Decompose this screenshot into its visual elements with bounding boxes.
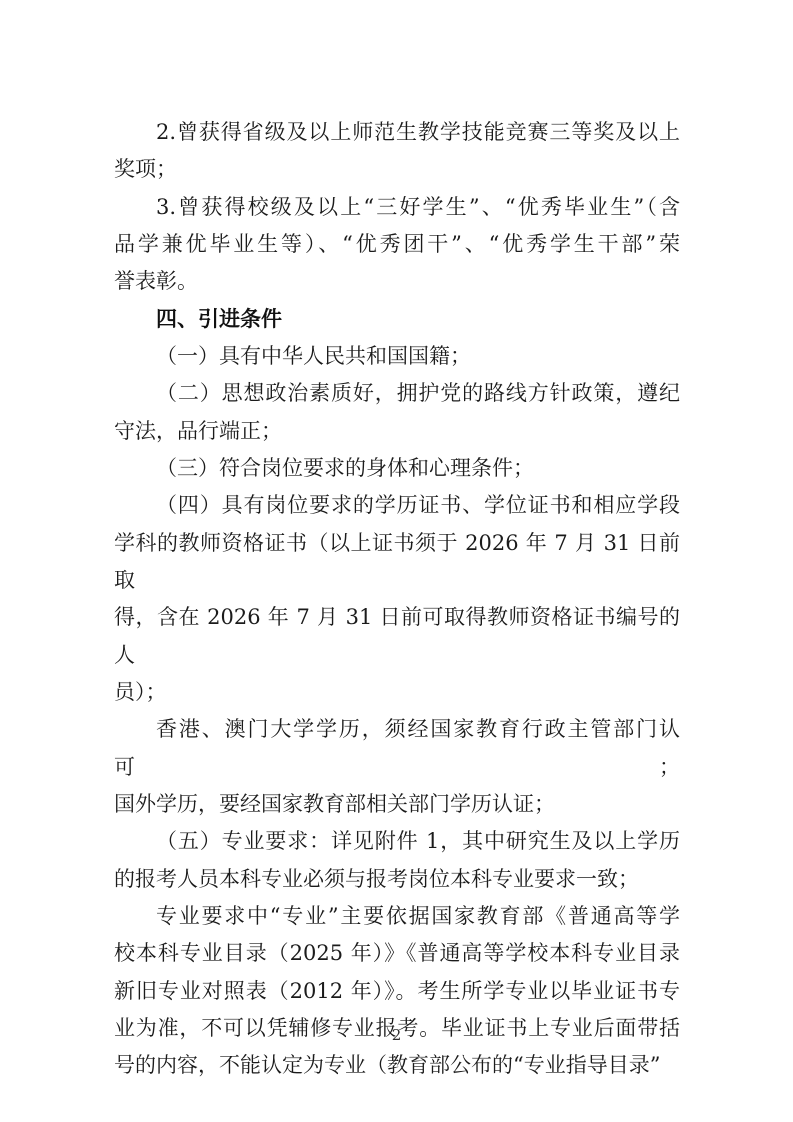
award-item-2-line-1: 2.曾获得省级及以上师范生教学技能竞赛三等奖及以上 [114,114,680,151]
section-heading-recruit-conditions-line-1: 四、引进条件 [114,301,680,338]
hk-macau-foreign-degree-note-line-2: 国外学历，要经国家教育部相关部门学历认证； [114,786,680,823]
condition-2: （二）思想政治素质好，拥护党的路线方针政策，遵纪守法，品行端正； [114,375,680,450]
condition-5-line-1: （五）专业要求：详见附件 1，其中研究生及以上学历 [114,823,680,860]
major-requirement-note: 专业要求中“专业”主要依据国家教育部《普通高等学校本科专业目录（2025 年）》… [114,898,680,1085]
condition-1: （一）具有中华人民共和国国籍； [114,338,680,375]
condition-3: （三）符合岗位要求的身体和心理条件； [114,450,680,487]
condition-2-line-2: 守法，品行端正； [114,413,680,450]
document-body: 2.曾获得省级及以上师范生教学技能竞赛三等奖及以上奖项；3.曾获得校级及以上“三… [114,114,680,1085]
major-requirement-note-line-1: 专业要求中“专业”主要依据国家教育部《普通高等学 [114,898,680,935]
section-heading-recruit-conditions: 四、引进条件 [114,301,680,338]
condition-5-line-2: 的报考人员本科专业必须与报考岗位本科专业要求一致； [114,861,680,898]
condition-4: （四）具有岗位要求的学历证书、学位证书和相应学段学科的教师资格证书（以上证书须于… [114,487,680,711]
condition-4-line-4: 员）； [114,674,680,711]
major-requirement-note-line-5: 号的内容，不能认定为专业（教育部公布的“专业指导目录” [114,1047,680,1084]
condition-1-line-1: （一）具有中华人民共和国国籍； [114,338,680,375]
major-requirement-note-line-2: 校本科专业目录（2025 年）》《普通高等学校本科专业目录 [114,935,680,972]
page-number: 2 [0,1024,793,1046]
condition-2-line-1: （二）思想政治素质好，拥护党的路线方针政策，遵纪 [114,375,680,412]
condition-4-line-3: 得，含在 2026 年 7 月 31 日前可取得教师资格证书编号的人 [114,599,680,674]
award-item-3-line-2: 品学兼优毕业生等）、“优秀团干”、“优秀学生干部”荣 [114,226,680,263]
condition-4-line-1: （四）具有岗位要求的学历证书、学位证书和相应学段 [114,487,680,524]
hk-macau-foreign-degree-note-line-1: 香港、澳门大学学历，须经国家教育行政主管部门认可； [114,711,680,786]
award-item-2-line-2: 奖项； [114,151,680,188]
condition-3-line-1: （三）符合岗位要求的身体和心理条件； [114,450,680,487]
condition-5: （五）专业要求：详见附件 1，其中研究生及以上学历的报考人员本科专业必须与报考岗… [114,823,680,898]
condition-4-line-2: 学科的教师资格证书（以上证书须于 2026 年 7 月 31 日前取 [114,525,680,600]
award-item-3: 3.曾获得校级及以上“三好学生”、“优秀毕业生”（含品学兼优毕业生等）、“优秀团… [114,189,680,301]
document-page: 2.曾获得省级及以上师范生教学技能竞赛三等奖及以上奖项；3.曾获得校级及以上“三… [0,0,793,1122]
award-item-3-line-3: 誉表彰。 [114,263,680,300]
award-item-2: 2.曾获得省级及以上师范生教学技能竞赛三等奖及以上奖项； [114,114,680,189]
major-requirement-note-line-3: 新旧专业对照表（2012 年）》。考生所学专业以毕业证书专 [114,973,680,1010]
award-item-3-line-1: 3.曾获得校级及以上“三好学生”、“优秀毕业生”（含 [114,189,680,226]
hk-macau-foreign-degree-note: 香港、澳门大学学历，须经国家教育行政主管部门认可；国外学历，要经国家教育部相关部… [114,711,680,823]
